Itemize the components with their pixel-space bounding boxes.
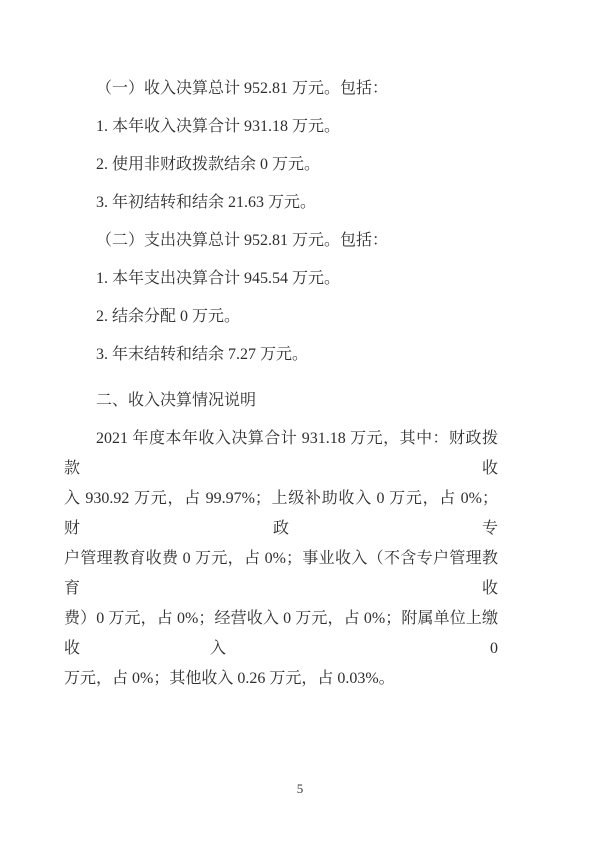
expenditure-total-heading: （二）支出决算总计 952.81 万元。包括： — [64, 226, 498, 256]
paragraph-line: 费）0 万元，占 0%；经营收入 0 万元，占 0%；附属单位上缴收入 0 — [64, 604, 498, 664]
paragraph-line: 2021 年度本年收入决算合计 931.18 万元，其中：财政拨款收 — [64, 424, 498, 484]
income-item-3: 3. 年初结转和结余 21.63 万元。 — [64, 188, 498, 218]
income-explanation-heading: 二、收入决算情况说明 — [64, 386, 498, 416]
income-item-2: 2. 使用非财政拨款结余 0 万元。 — [64, 150, 498, 180]
document-body: （一）收入决算总计 952.81 万元。包括： 1. 本年收入决算合计 931.… — [64, 74, 498, 694]
paragraph-line: 入 930.92 万元，占 99.97%；上级补助收入 0 万元，占 0%；财政… — [64, 484, 498, 544]
expenditure-item-1: 1. 本年支出决算合计 945.54 万元。 — [64, 264, 498, 294]
income-total-heading: （一）收入决算总计 952.81 万元。包括： — [64, 74, 498, 104]
document-page: （一）收入决算总计 952.81 万元。包括： 1. 本年收入决算合计 931.… — [0, 0, 600, 848]
page-number: 5 — [0, 780, 600, 798]
paragraph-line: 户管理教育收费 0 万元，占 0%；事业收入（不含专户管理教育收 — [64, 544, 498, 604]
income-item-1: 1. 本年收入决算合计 931.18 万元。 — [64, 112, 498, 142]
expenditure-item-2: 2. 结余分配 0 万元。 — [64, 302, 498, 332]
expenditure-item-3: 3. 年末结转和结余 7.27 万元。 — [64, 340, 498, 370]
income-explanation-paragraph: 2021 年度本年收入决算合计 931.18 万元，其中：财政拨款收 入 930… — [64, 424, 498, 694]
paragraph-line: 万元，占 0%；其他收入 0.26 万元，占 0.03%。 — [64, 664, 498, 694]
